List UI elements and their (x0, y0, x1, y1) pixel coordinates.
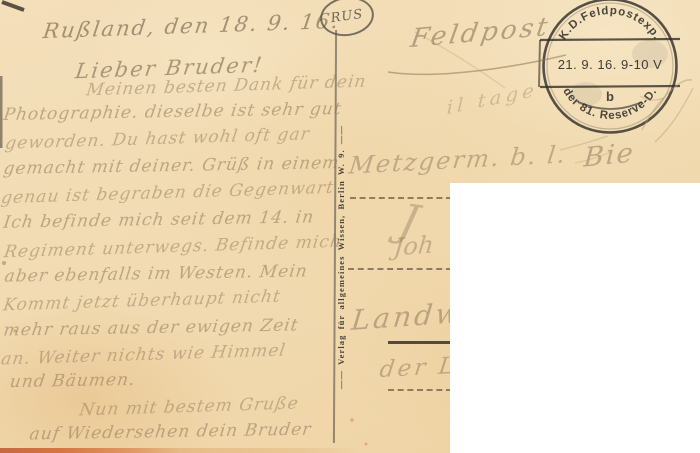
message-line: auf Wiedersehen dein Bruder (28, 420, 313, 445)
message-line: mehr raus aus der ewigen Zeit (2, 315, 300, 340)
message-line: aber ebenfalls im Westen. Mein (3, 261, 309, 286)
postcard-scan: Rußland, den 18. 9. 16. Lieber Bruder! F… (0, 0, 700, 453)
message-line: und Bäumen. (8, 370, 136, 392)
address-dashed-line (388, 389, 452, 391)
address-line4: der L (378, 353, 459, 383)
card-bottom-edge (0, 448, 360, 453)
postmark-stamp: K.D.Feldpostexp. 21. 9. 16. 9-10 V b der… (528, 0, 698, 147)
message-line: Photographie. dieselbe ist sehr gut (2, 99, 343, 125)
message-line: gemacht mit deiner. Grüß in einem (2, 153, 341, 179)
postmark-banner-line (540, 86, 680, 87)
postmark-banner-line (540, 39, 680, 40)
publisher-imprint: —— Verlag für allgemeines Wissen, Berlin… (336, 68, 349, 446)
postmark-code-letter: b (606, 89, 614, 104)
address-dashed-line (348, 268, 452, 270)
message-line: Meinen besten Dank für dein (85, 72, 368, 101)
address-underline (388, 341, 452, 344)
postmark-banner-end (539, 40, 540, 87)
address-dashed-line (350, 197, 452, 199)
message-line: Regiment unterwegs. Befinde mich (3, 232, 344, 263)
message-line: an. Weiter nichts wie Himmel (0, 341, 287, 370)
message-line: Ich befinde mich seit dem 14. in (2, 207, 315, 232)
message-line: Nun mit bestem Gruße (78, 394, 300, 421)
message-line: genau ist begraben die Gegenwart (0, 178, 335, 208)
postmark-date-text: 21. 9. 16. 9-10 V (558, 57, 663, 72)
message-line: Kommt jetzt überhaupt nicht (2, 287, 282, 316)
address-fragment: Joh (392, 231, 435, 262)
message-line: geworden. Du hast wohl oft gar (4, 124, 311, 154)
blank-overlay (450, 183, 700, 453)
